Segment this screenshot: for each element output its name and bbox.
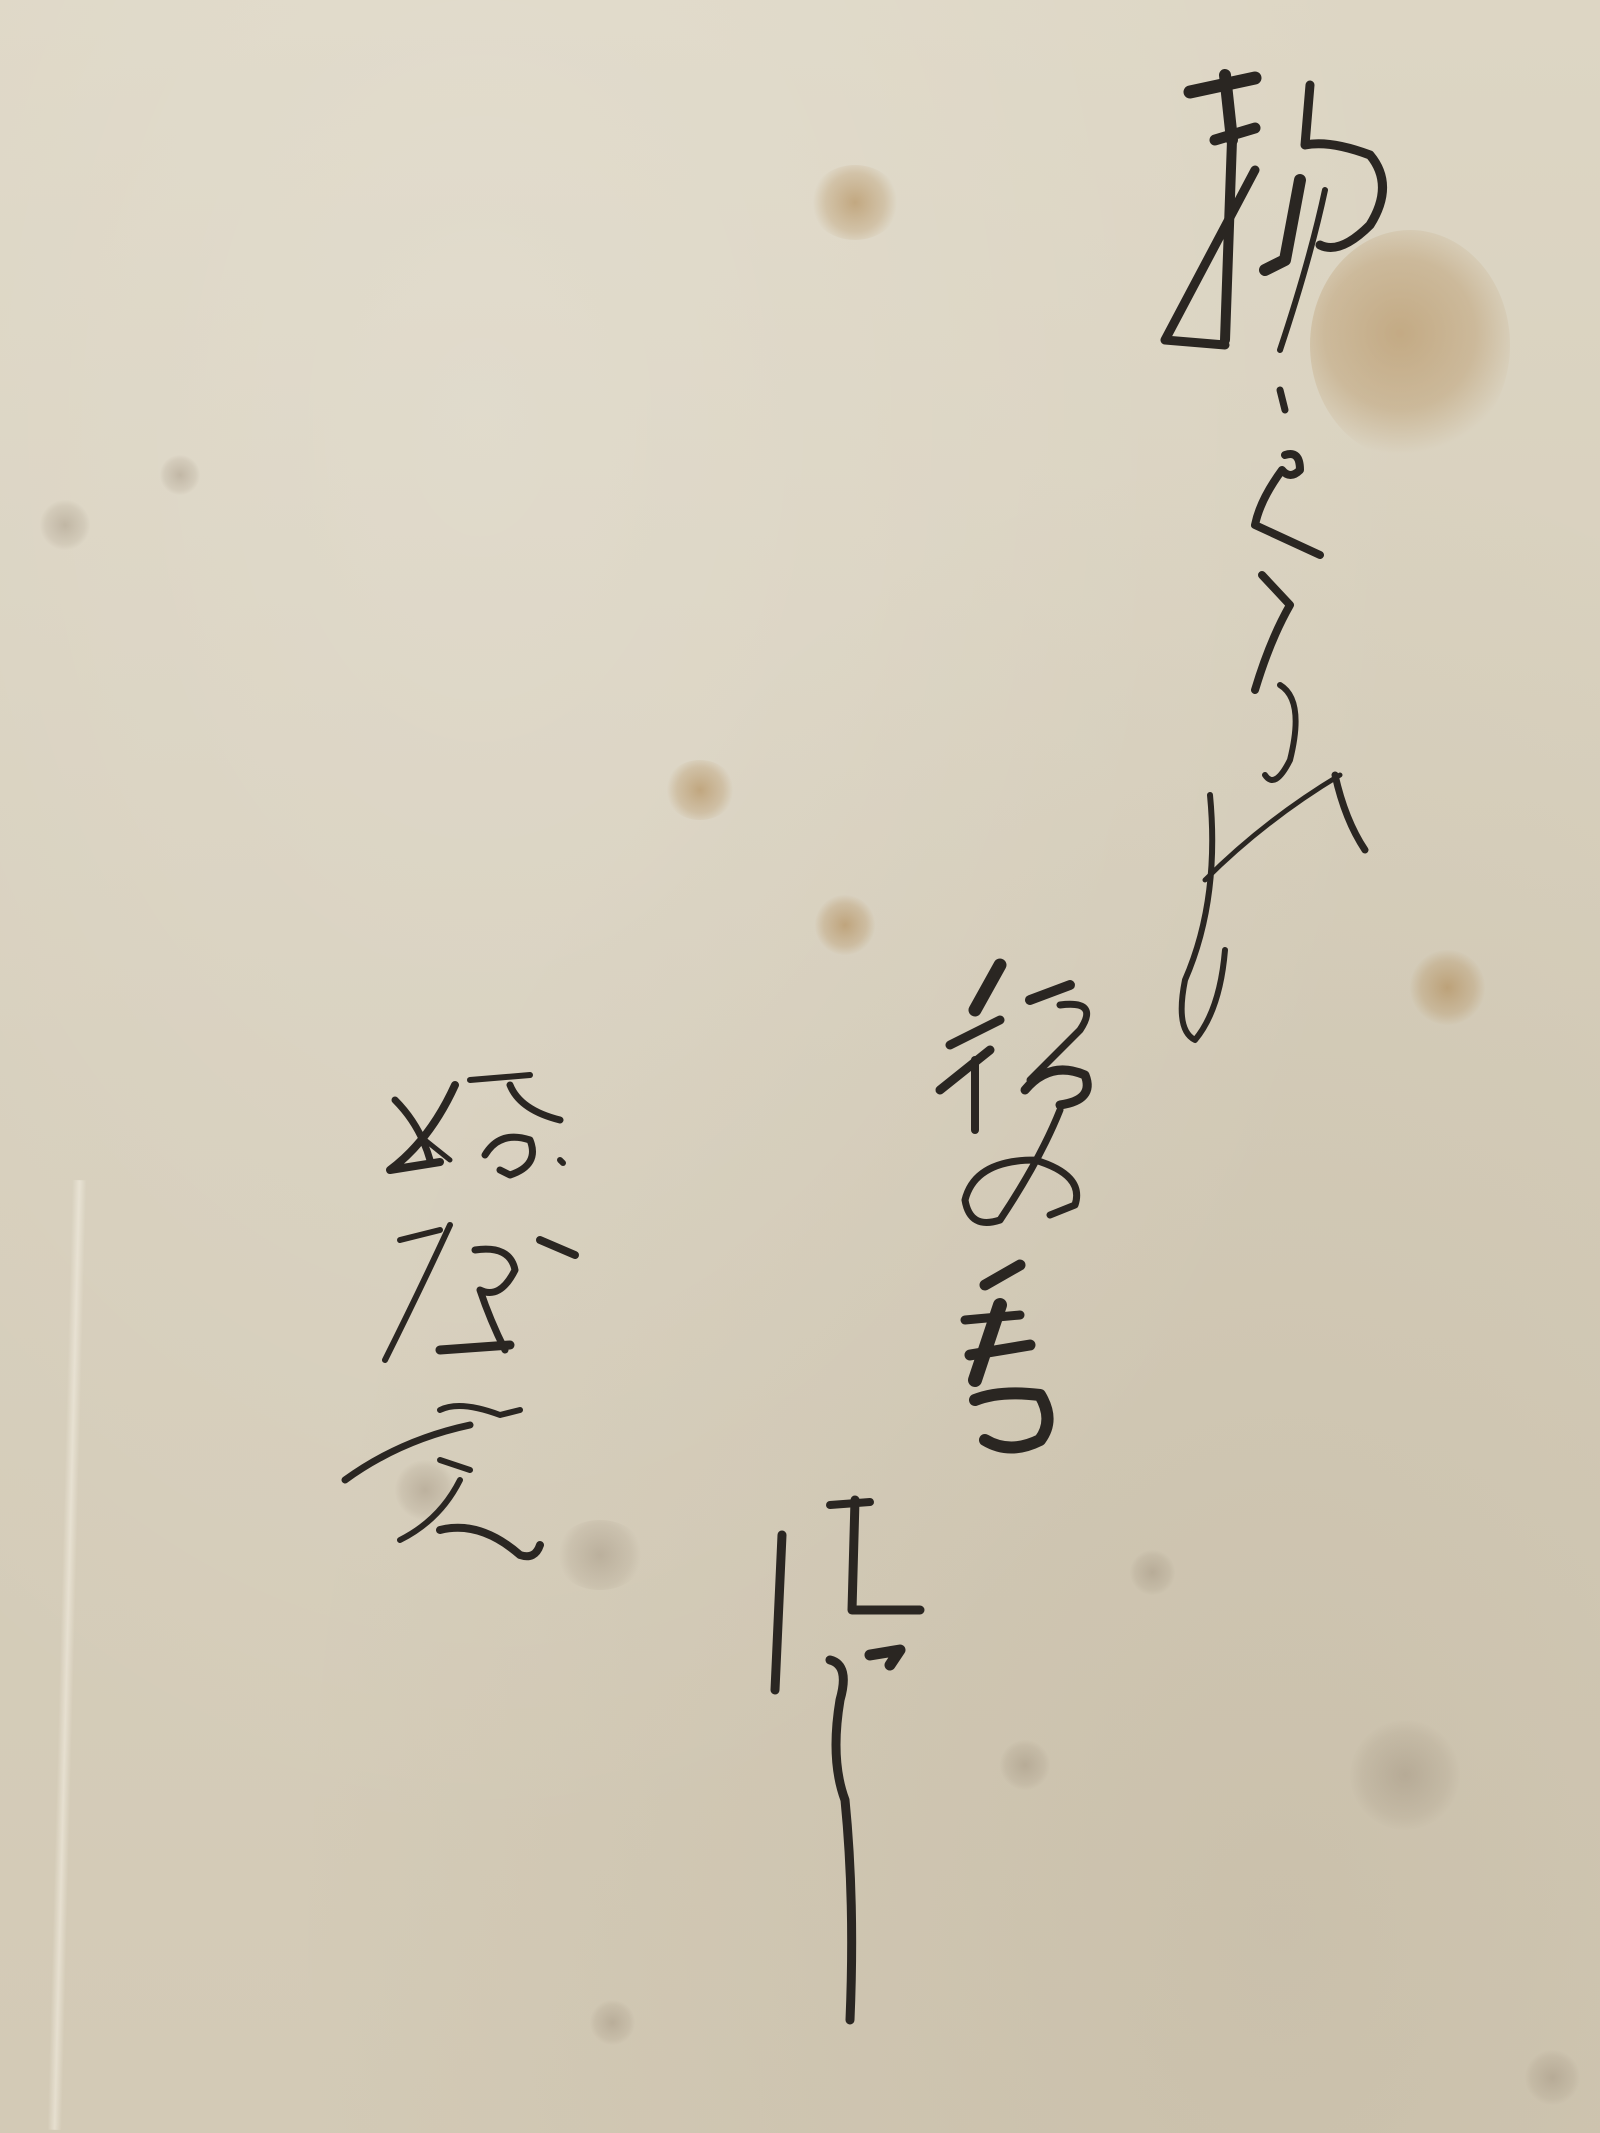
column-1-strokes <box>1165 75 1383 1040</box>
column-2-strokes <box>940 965 1087 1448</box>
ink-strokes <box>0 0 1600 2133</box>
signature-strokes <box>345 1075 575 1556</box>
column-3-strokes <box>775 1500 920 2020</box>
calligraphy-paper: 梅のをりは 梅の香 清し 好住宅 <box>0 0 1600 2133</box>
